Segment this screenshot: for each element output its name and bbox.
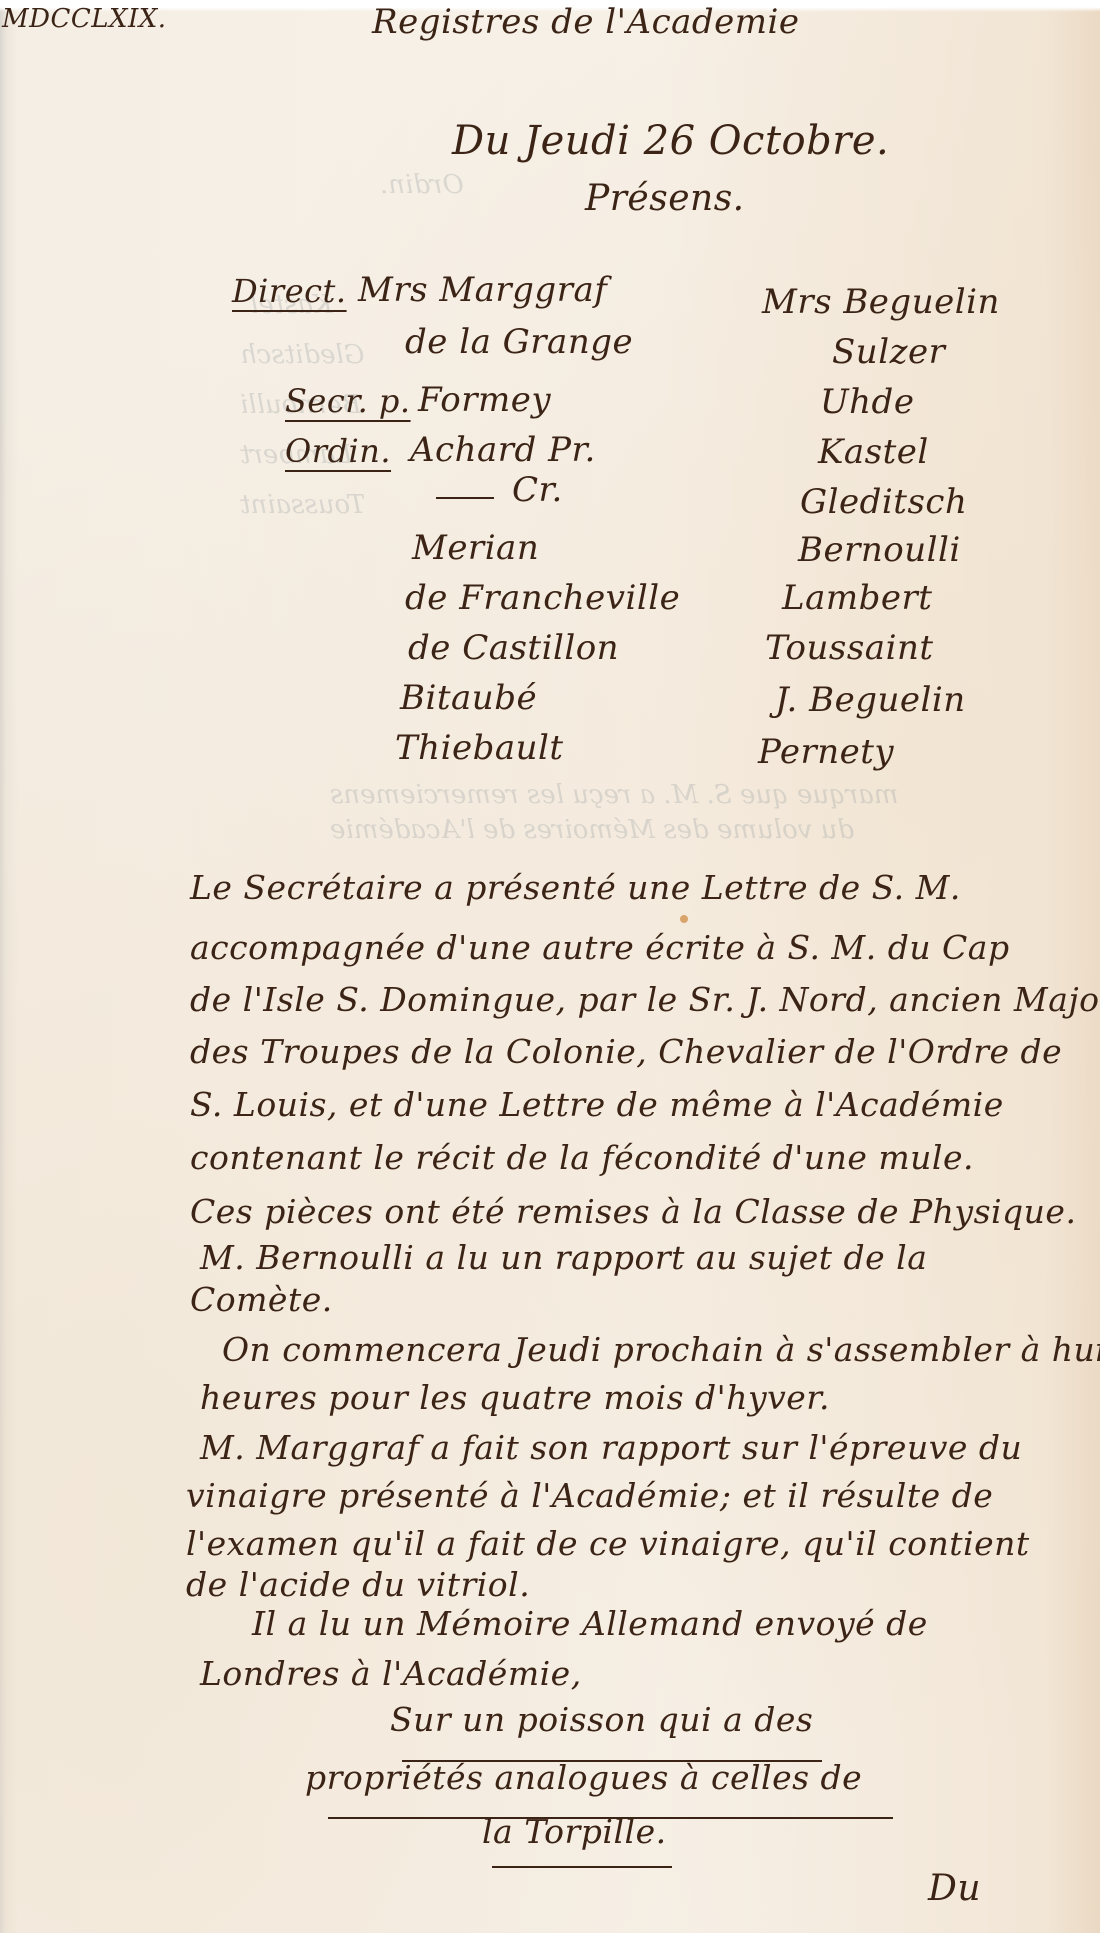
memoir-title-line: propriétés analogues à celles de [305, 1758, 862, 1797]
member-name: Bernoulli [798, 530, 961, 570]
member-name: de Castillon [408, 628, 619, 668]
ink-stain [680, 915, 688, 923]
minutes-line: l'examen qu'il a fait de ce vinaigre, qu… [186, 1524, 1030, 1563]
minutes-line: Comète. [190, 1280, 333, 1319]
minutes-line: Le Secrétaire a présenté une Lettre de S… [190, 868, 961, 907]
bleed-through-text: du volume des Mémoires de l'Académie [330, 815, 854, 845]
member-name: Lambert [782, 578, 932, 618]
minutes-line: de l'Isle S. Domingue, par le Sr. J. Nor… [190, 980, 1100, 1019]
member-name: Kastel [818, 432, 929, 472]
role-label-director: Direct. [232, 272, 347, 310]
minutes-line: M. Bernoulli a lu un rapport au sujet de… [200, 1238, 927, 1277]
minutes-line: On commencera Jeudi prochain à s'assembl… [222, 1330, 1100, 1369]
minutes-line: heures pour les quatre mois d'hyver. [200, 1378, 830, 1417]
minutes-line: Il a lu un Mémoire Allemand envoyé de [252, 1604, 928, 1643]
minutes-line: S. Louis, et d'une Lettre de même à l'Ac… [190, 1085, 1004, 1124]
minutes-line: M. Marggraf a fait son rapport sur l'épr… [200, 1428, 1022, 1467]
member-name: Gleditsch [800, 482, 967, 522]
member-name: Mrs Marggraf [358, 270, 607, 310]
member-name: Achard Pr. [410, 430, 596, 470]
minutes-line: de l'acide du vitriol. [186, 1565, 530, 1604]
member-name: de la Grange [405, 322, 633, 362]
minutes-line: contenant le récit de la fécondité d'une… [190, 1138, 974, 1177]
date-heading: Du Jeudi 26 Octobre. [452, 118, 889, 164]
title-underline [492, 1866, 672, 1868]
year-marker: MDCCLXIX. [2, 4, 167, 34]
member-name: Mrs Beguelin [762, 282, 1000, 322]
catchword: Du [928, 1868, 981, 1909]
role-label-secretary: Secr. p. [285, 382, 411, 420]
bleed-through-text: Gleditsch [240, 340, 365, 370]
role-label-ordinary: Ordin. [285, 432, 391, 470]
bleed-through-text: marque que S. M. a reçu les remerciemens [330, 780, 898, 810]
running-header: Registres de l'Academie [372, 2, 800, 42]
minutes-line: Londres à l'Académie, [200, 1654, 582, 1693]
member-name: de Francheville [405, 578, 680, 618]
member-name: Formey [418, 380, 551, 420]
member-name: Cr. [512, 470, 563, 510]
memoir-title-line: la Torpille. [482, 1812, 667, 1851]
member-name: Toussaint [765, 628, 934, 668]
member-name: J. Beguelin [775, 680, 966, 720]
bleed-through-text: Toussaint [240, 490, 365, 520]
bleed-through-text: Ordin. [380, 170, 464, 200]
minutes-line: Ces pièces ont été remises à la Classe d… [190, 1192, 1076, 1231]
member-name: Thiebault [395, 728, 564, 768]
minutes-line: accompagnée d'une autre écrite à S. M. d… [190, 928, 1010, 967]
minutes-line: des Troupes de la Colonie, Chevalier de … [190, 1032, 1062, 1071]
ditto-rule [436, 497, 494, 499]
attendance-heading: Présens. [585, 178, 745, 219]
member-name: Pernety [758, 732, 894, 772]
memoir-title-line: Sur un poisson qui a des [390, 1700, 813, 1739]
member-name: Sulzer [832, 332, 945, 372]
minutes-line: vinaigre présenté à l'Académie; et il ré… [186, 1476, 993, 1515]
member-name: Uhde [820, 382, 914, 422]
manuscript-page: Ordin. Kastel Gleditsch Bernoulli Lamber… [0, 0, 1100, 1933]
member-name: Bitaubé [400, 678, 537, 718]
member-name: Merian [412, 528, 539, 568]
